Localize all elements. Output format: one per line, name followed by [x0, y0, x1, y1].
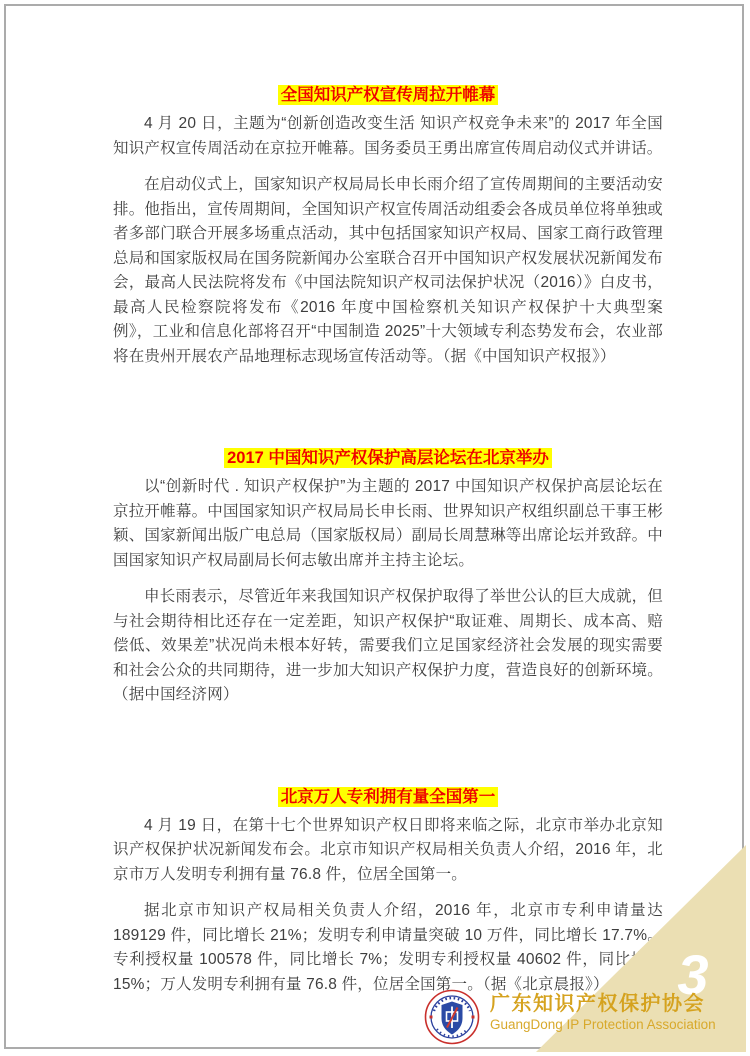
section-title: 全国知识产权宣传周拉开帷幕	[113, 84, 663, 106]
paragraph: 以“创新时代 . 知识产权保护”为主题的 2017 中国知识产权保护高层论坛在京…	[113, 475, 663, 573]
paragraph: 据北京市知识产权局相关负责人介绍，2016 年，北京市专利申请量达 189129…	[113, 899, 663, 997]
association-name-cn: 广东知识产权保护协会	[490, 992, 720, 1016]
page-content: 全国知识产权宣传周拉开帷幕 4 月 20 日，主题为“创新创造改变生活 知识产权…	[0, 0, 750, 997]
footer: 广东知识产权保护协会 GuangDong IP Protection Assoc…	[0, 985, 750, 1050]
section-news-1: 全国知识产权宣传周拉开帷幕 4 月 20 日，主题为“创新创造改变生活 知识产权…	[113, 84, 663, 369]
document-page: 3 全国知识产权宣传周拉开帷幕 4 月 20 日，主题为“创新创造改变生活 知识…	[0, 0, 750, 1056]
section-title: 北京万人专利拥有量全国第一	[113, 786, 663, 808]
paragraph: 在启动仪式上，国家知识产权局局长申长雨介绍了宣传周期间的主要活动安排。他指出，宣…	[113, 173, 663, 369]
association-name-en: GuangDong IP Protection Association	[490, 1016, 720, 1033]
paragraph: 4 月 19 日，在第十七个世界知识产权日即将来临之际，北京市举办北京知识产权保…	[113, 814, 663, 888]
association-name-block: 广东知识产权保护协会 GuangDong IP Protection Assoc…	[490, 992, 720, 1033]
title-highlight: 北京万人专利拥有量全国第一	[278, 787, 499, 807]
association-emblem-icon	[424, 989, 480, 1045]
section-news-3: 北京万人专利拥有量全国第一 4 月 19 日，在第十七个世界知识产权日即将来临之…	[113, 786, 663, 998]
title-highlight: 全国知识产权宣传周拉开帷幕	[278, 85, 499, 105]
paragraph: 4 月 20 日，主题为“创新创造改变生活 知识产权竞争未来”的 2017 年全…	[113, 112, 663, 161]
paragraph: 申长雨表示，尽管近年来我国知识产权保护取得了举世公认的巨大成就，但与社会期待相比…	[113, 585, 663, 708]
section-title: 2017 中国知识产权保护高层论坛在北京举办	[113, 447, 663, 469]
section-news-2: 2017 中国知识产权保护高层论坛在北京举办 以“创新时代 . 知识产权保护”为…	[113, 447, 663, 708]
title-highlight: 2017 中国知识产权保护高层论坛在北京举办	[224, 448, 552, 468]
